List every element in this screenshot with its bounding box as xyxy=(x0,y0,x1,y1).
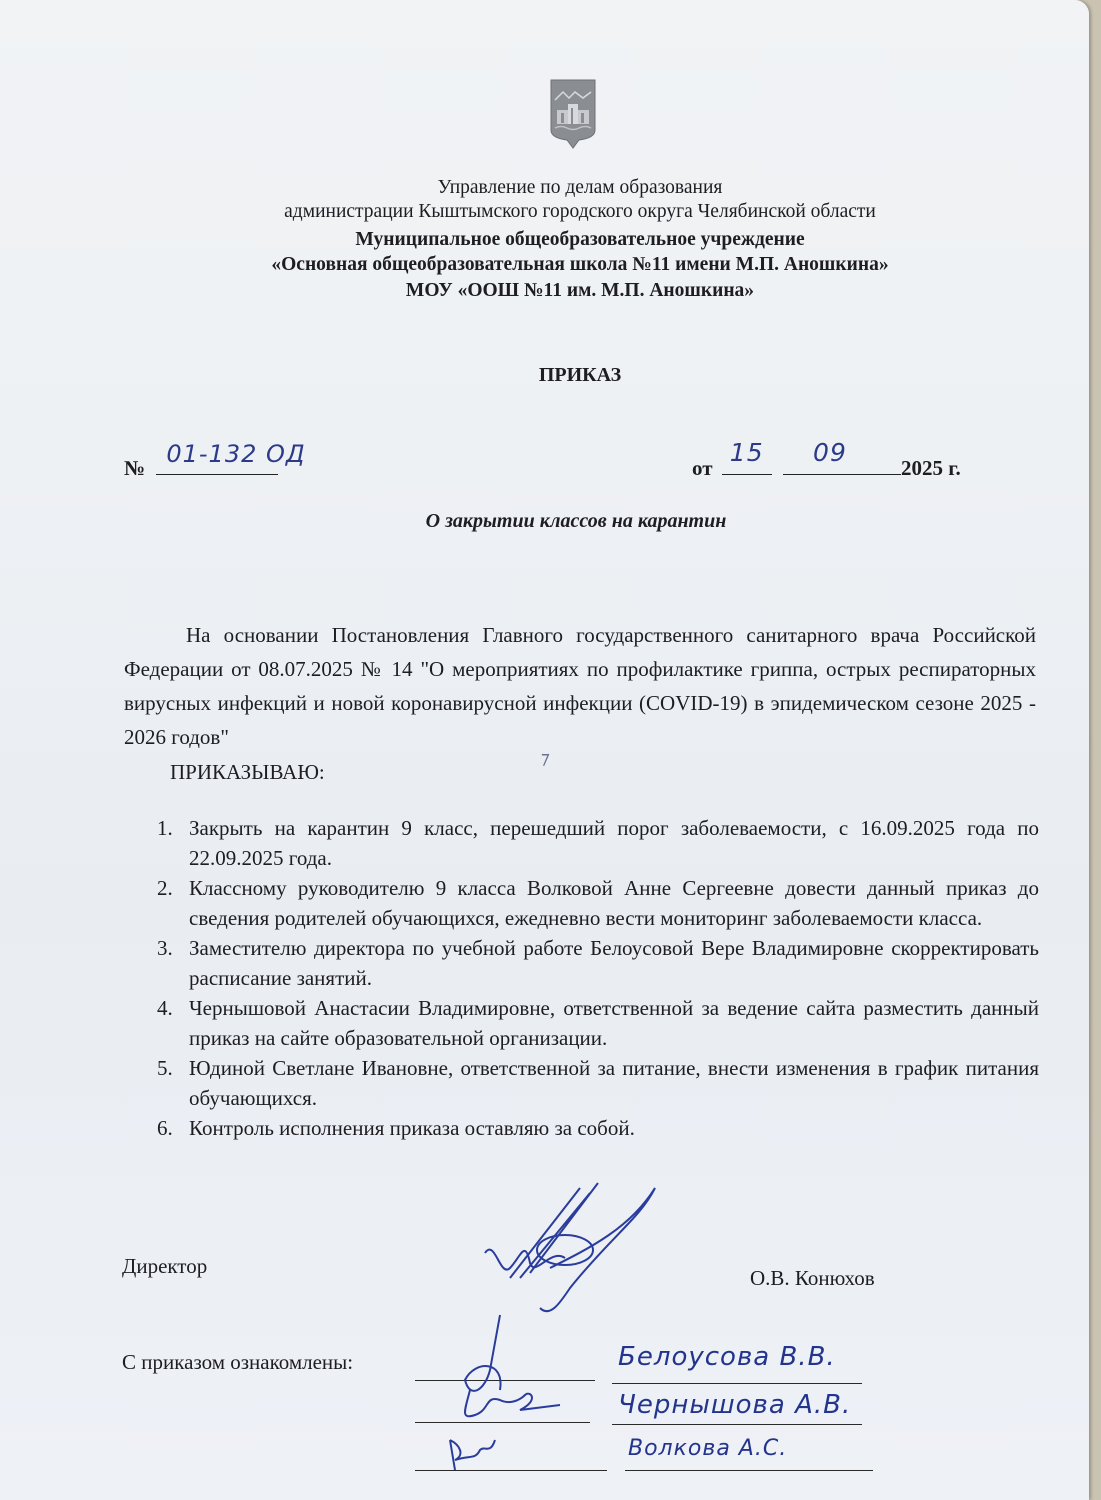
order-items-list: 1.Закрыть на карантин 9 класс, перешедши… xyxy=(157,813,1039,1143)
basis-paragraph-text: На основании Постановления Главного госу… xyxy=(124,623,1036,749)
order-item: 3.Заместителю директора по учебной работ… xyxy=(157,933,1039,993)
director-signature xyxy=(470,1178,670,1328)
signature-name: О.В. Конюхов xyxy=(750,1266,875,1291)
order-number: № 01-132 ОД xyxy=(124,448,278,481)
header-department: Управление по делам образования xyxy=(0,176,1101,199)
pencil-mark: ⁊ xyxy=(540,748,550,769)
document-subject: О закрытии классов на карантин xyxy=(0,510,1101,533)
document-title: ПРИКАЗ xyxy=(0,364,1101,387)
order-item: 5.Юдиной Светлане Ивановне, ответственно… xyxy=(157,1053,1039,1113)
order-number-field: 01-132 ОД xyxy=(156,448,278,475)
order-word: ПРИКАЗЫВАЮ: xyxy=(170,760,325,785)
header-administration: администрации Кыштымского городского окр… xyxy=(0,200,1101,223)
ack-name-handwritten-3: Волкова А.С. xyxy=(628,1436,787,1461)
ack-name-line-3 xyxy=(625,1470,873,1471)
order-date-month-handwritten: 09 xyxy=(813,438,847,467)
header-institution-type: Муниципальное общеобразовательное учрежд… xyxy=(0,228,1101,251)
order-date-day-handwritten: 15 xyxy=(730,438,764,467)
ack-name-line-1 xyxy=(612,1383,862,1384)
order-item: 6.Контроль исполнения приказа оставляю з… xyxy=(157,1113,1039,1143)
ack-name-handwritten-1: Белоусова В.В. xyxy=(618,1342,836,1372)
ack-signatures xyxy=(430,1310,580,1480)
ack-name-handwritten-2: Чернышова А.В. xyxy=(618,1390,851,1420)
header-school-full-name: «Основная общеобразовательная школа №11 … xyxy=(0,253,1101,276)
order-date-month-field: 09 xyxy=(783,448,901,475)
order-date: от 15 09 2025 г. xyxy=(692,448,961,481)
basis-paragraph: На основании Постановления Главного госу… xyxy=(124,618,1036,754)
order-date-prefix: от xyxy=(692,456,713,480)
coat-of-arms-icon xyxy=(549,78,597,150)
acknowledgement-label: С приказом ознакомлены: xyxy=(122,1350,353,1375)
order-item: 1.Закрыть на карантин 9 класс, перешедши… xyxy=(157,813,1039,873)
order-item: 4.Чернышовой Анастасии Владимировне, отв… xyxy=(157,993,1039,1053)
signature-role: Директор xyxy=(122,1254,207,1279)
order-number-prefix: № xyxy=(124,456,145,480)
order-date-day-field: 15 xyxy=(722,448,772,475)
order-item: 2.Классному руководителю 9 класса Волков… xyxy=(157,873,1039,933)
document-page: Управление по делам образования админист… xyxy=(0,0,1089,1500)
order-number-handwritten: 01-132 ОД xyxy=(166,440,366,468)
ack-name-line-2 xyxy=(612,1424,862,1425)
order-date-year: 2025 г. xyxy=(901,456,961,480)
header-school-short-name: МОУ «ООШ №11 им. М.П. Аношкина» xyxy=(0,279,1101,302)
